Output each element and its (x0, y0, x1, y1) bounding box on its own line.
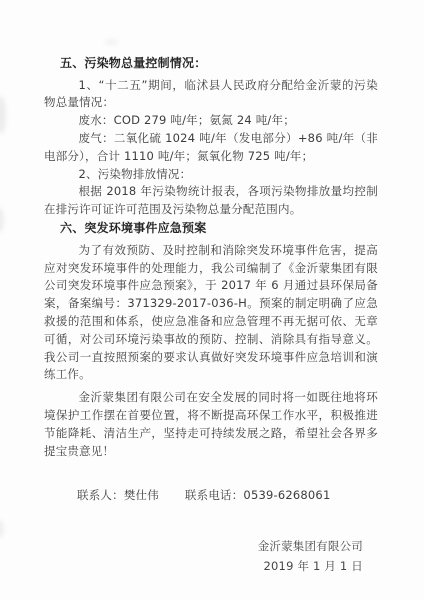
closing-statement-paragraph: 金沂蒙集团有限公司在安全发展的同时将一如既往地将环境保护工作摆在首要位置，将不断… (44, 389, 378, 460)
contact-phone-number: 0539-6268061 (243, 488, 330, 502)
contact-line: 联系人：樊仕伟联系电话：0539-6268061 (44, 487, 378, 505)
scanned-document-page: 五、污染物总量控制情况： 1、“十二五”期间，临沭县人民政府分配给金沂蒙的污染物… (0, 0, 424, 600)
wastegas-quota-paragraph: 废气：二氧化硫 1024 吨/年（发电部分）+86 吨/年（非电部分），合计 1… (44, 130, 378, 166)
section-5-heading: 五、污染物总量控制情况： (44, 54, 378, 73)
scan-smudge (0, 96, 6, 134)
contact-person-name: 樊仕伟 (124, 488, 159, 502)
pollutant-quota-intro-paragraph: 1、“十二五”期间，临沭县人民政府分配给金沂蒙的污染物总量情况： (44, 77, 378, 113)
emission-status-body-paragraph: 根据 2018 年污染物统计报表，各项污染物排放量均控制在排污许可证许可范围及污… (44, 183, 378, 219)
emergency-plan-paragraph: 为了有效预防、及时控制和消除突发环境事件危害，提高应对突发环境事件的处理能力，我… (44, 242, 378, 385)
scan-smudge (0, 208, 4, 232)
contact-person-label: 联系人： (77, 488, 124, 502)
document-body: 五、污染物总量控制情况： 1、“十二五”期间，临沭县人民政府分配给金沂蒙的污染物… (44, 54, 378, 576)
signature-date: 2019 年 1 月 1 日 (44, 556, 363, 576)
scan-smudge (0, 520, 4, 538)
signature-company-name: 金沂蒙集团有限公司 (44, 536, 363, 556)
scan-smudge (104, 39, 118, 45)
section-6-heading: 六、突发环境事件应急预案 (44, 219, 378, 238)
wastewater-quota-paragraph: 废水：COD 279 吨/年；氨氮 24 吨/年； (44, 112, 378, 130)
emission-status-title-paragraph: 2、污染物排放情况： (44, 166, 378, 184)
signature-block: 金沂蒙集团有限公司 2019 年 1 月 1 日 (44, 536, 378, 576)
contact-phone-label: 联系电话： (185, 488, 244, 502)
